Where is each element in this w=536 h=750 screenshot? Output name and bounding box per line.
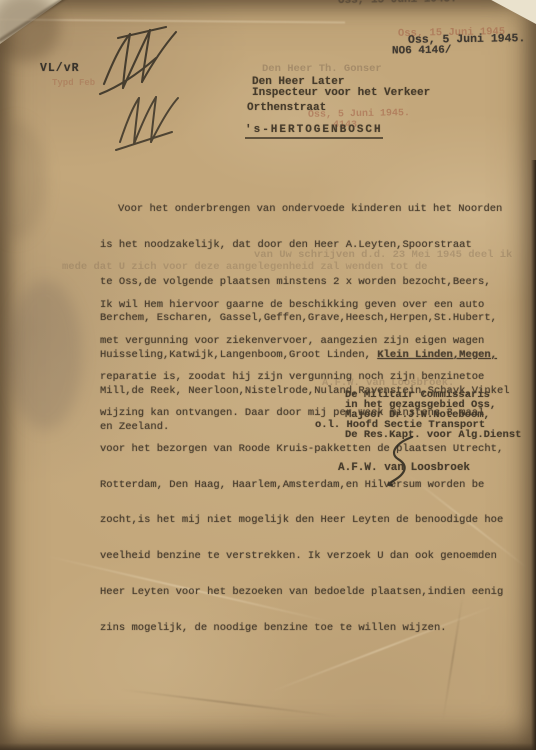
bleed-through-line: van Uw schrijven d.d. 23 Mei 1945 deel i…	[254, 249, 512, 261]
recipient-title: Inspecteur voor het Verkeer	[252, 87, 430, 99]
bleed-through-line: mede dat U zich voor deze aangelegenheid…	[62, 261, 427, 273]
signature-role-line-5: De Res.Kapt. voor Alg.Dienst	[345, 429, 521, 441]
body-line: zins mogelijk, de noodige benzine toe te…	[100, 623, 503, 635]
bottom-edge-shadow	[0, 743, 536, 750]
reference-ghost-text: Typd Feb	[52, 78, 95, 88]
recipient-ghost-name: Den Heer Th. Gonser	[262, 63, 382, 75]
body-line: zocht,is het mij niet mogelijk den Heer …	[100, 515, 503, 527]
date-stamp-top-edge: Oss, 15 Juni 1945.	[338, 0, 457, 7]
reference-code: VL/vR	[40, 62, 80, 75]
pen-scribble-mark	[112, 92, 194, 154]
body-line: Ik wil Hem hiervoor gaarne de beschikkin…	[100, 300, 503, 312]
signature-name: A.F.W. van Loosbroek	[338, 462, 470, 474]
crease-line	[121, 689, 340, 718]
corner-stain	[0, 0, 60, 62]
mid-left-stain	[0, 120, 46, 240]
body-line: veelheid benzine te verstrekken. Ik verz…	[100, 551, 503, 563]
document-number-stamp: NO6 4146/	[392, 45, 452, 58]
scanned-letter-page: Oss, 15 Juni 1945. Oss, 15 Juni 1945 Oss…	[0, 0, 536, 750]
top-right-corner-sliver	[484, 0, 536, 24]
margin-smudge	[8, 280, 82, 430]
signature-ghost-name: A.F.W. van Loosbroek.	[322, 377, 454, 389]
signature-mark	[378, 433, 428, 487]
body-line: voor het bezorgen van Roode Kruis-pakket…	[100, 444, 503, 456]
pen-scribble-mark	[92, 22, 196, 102]
body-line: met vergunning voor ziekenvervoer, aange…	[100, 336, 503, 348]
recipient-city: 's-HERTOGENBOSCH	[245, 124, 383, 139]
right-edge-shadow	[531, 160, 536, 750]
recipient-ghost-date: Oss, 5 Juni 1945.	[308, 108, 410, 121]
body-line: Rotterdam, Den Haag, Haarlem,Amsterdam,e…	[100, 480, 503, 492]
body-line: Voor het onderbrengen van ondervoede kin…	[100, 203, 510, 215]
body-line: Heer Leyten voor het bezoeken van bedoel…	[100, 587, 503, 599]
